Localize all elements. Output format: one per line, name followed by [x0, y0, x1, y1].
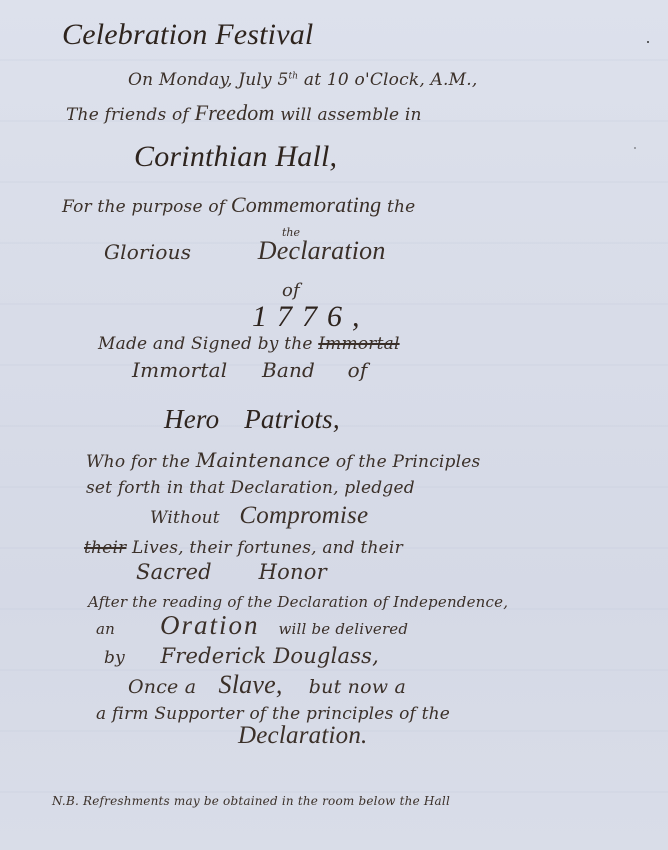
document-title: Celebration Festival [62, 18, 313, 52]
compromise-line: Without Compromise [150, 502, 368, 530]
purpose-line: For the purpose of Commemorating the [62, 192, 415, 218]
band-line: Immortal Band of [132, 358, 367, 382]
glorious-line: Glorious Declaration [104, 236, 386, 266]
venue-name: Corinthian Hall, [134, 140, 337, 174]
after-reading-line: After the reading of the Declaration of … [88, 593, 508, 611]
of-line: of [282, 280, 300, 301]
lives-fortunes-line: their Lives, their fortunes, and their [84, 538, 403, 558]
declaration-closing: Declaration. [238, 722, 367, 750]
ink-speck [647, 41, 649, 43]
hero-patriots: Hero Patriots, [164, 404, 340, 435]
speaker-line: by Frederick Douglass, [104, 644, 379, 668]
set-forth-line: set forth in that Declaration, pledged [86, 478, 415, 498]
year: 1776, [252, 300, 370, 334]
slave-line: Once a Slave, but now a [128, 670, 406, 700]
oration-line: an Oration will be delivered [96, 610, 408, 641]
ink-speck [634, 147, 636, 149]
date-line: On Monday, July 5th at 10 o'Clock, A.M., [128, 70, 477, 90]
handwritten-broadside: Celebration Festival On Monday, July 5th… [0, 0, 668, 850]
sacred-honor-line: Sacred Honor [136, 560, 327, 584]
made-signed-line: Made and Signed by the Immortal [98, 334, 400, 354]
supporter-line: a firm Supporter of the principles of th… [96, 704, 450, 724]
maintenance-line: Who for the Maintenance of the Principle… [86, 448, 480, 472]
nota-bene: N.B. Refreshments may be obtained in the… [52, 794, 450, 808]
assembly-line: The friends of Freedom will assemble in [66, 100, 422, 126]
